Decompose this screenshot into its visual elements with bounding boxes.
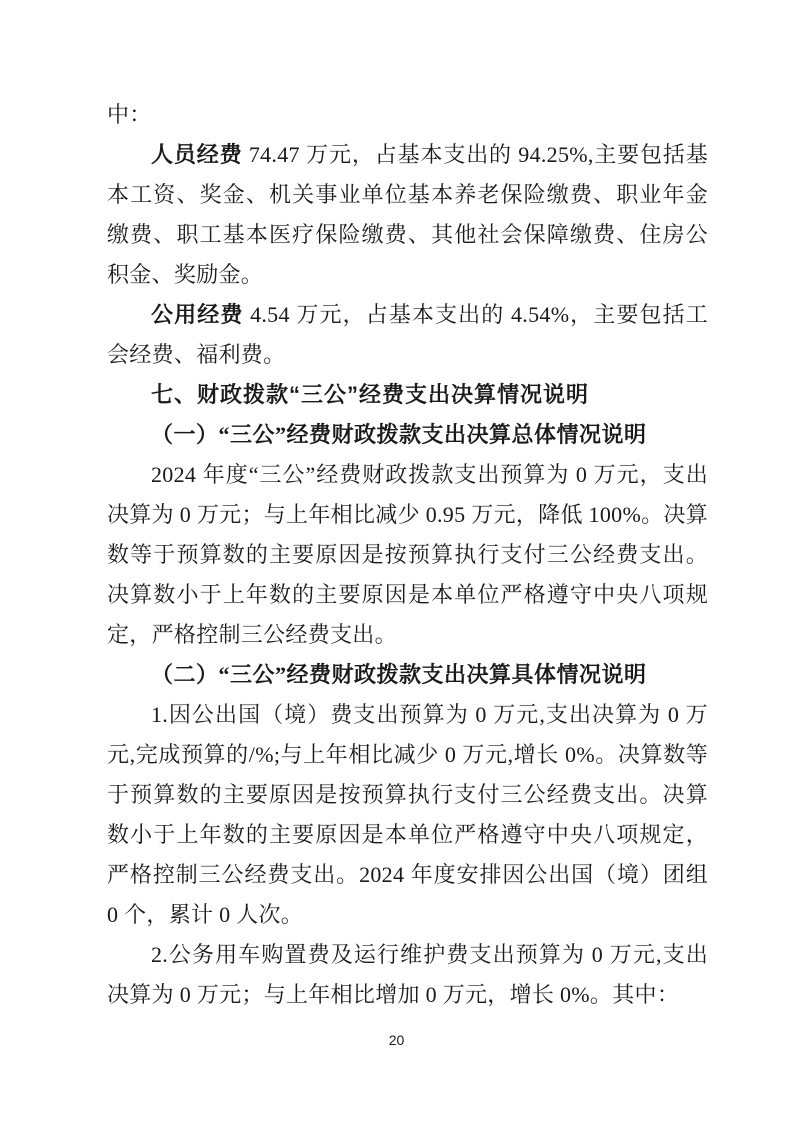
subsection-heading-two: （二）“三公”经费财政拨款支出决算具体情况说明 xyxy=(107,655,708,695)
paragraph-item2-vehicle-expense: 2.公务用车购置费及运行维护费支出预算为 0 万元,支出决算为 0 万元；与上年… xyxy=(107,935,708,1015)
paragraph-public-expense: 公用经费 4.54 万元，占基本支出的 4.54%，主要包括工会经费、福利费。 xyxy=(107,295,708,375)
paragraph-item1-abroad-expense: 1.因公出国（境）费支出预算为 0 万元,支出决算为 0 万元,完成预算的/%;… xyxy=(107,695,708,935)
paragraph-continuation: 中： xyxy=(107,95,708,135)
page-number: 20 xyxy=(389,1032,405,1048)
document-page: 中： 人员经费 74.47 万元，占基本支出的 94.25%,主要包括基本工资、… xyxy=(0,0,793,1122)
document-body: 中： 人员经费 74.47 万元，占基本支出的 94.25%,主要包括基本工资、… xyxy=(107,95,708,1015)
page-footer: 20 xyxy=(0,1032,793,1050)
paragraph-overall-situation: 2024 年度“三公”经费财政拨款支出预算为 0 万元，支出决算为 0 万元；与… xyxy=(107,455,708,655)
subsection-heading-one: （一）“三公”经费财政拨款支出决算总体情况说明 xyxy=(107,415,708,455)
personnel-expense-label: 人员经费 xyxy=(151,142,242,167)
paragraph-personnel-expense: 人员经费 74.47 万元，占基本支出的 94.25%,主要包括基本工资、奖金、… xyxy=(107,135,708,295)
section-heading-seven: 七、财政拨款“三公”经费支出决算情况说明 xyxy=(107,375,708,415)
public-expense-label: 公用经费 xyxy=(151,302,243,327)
